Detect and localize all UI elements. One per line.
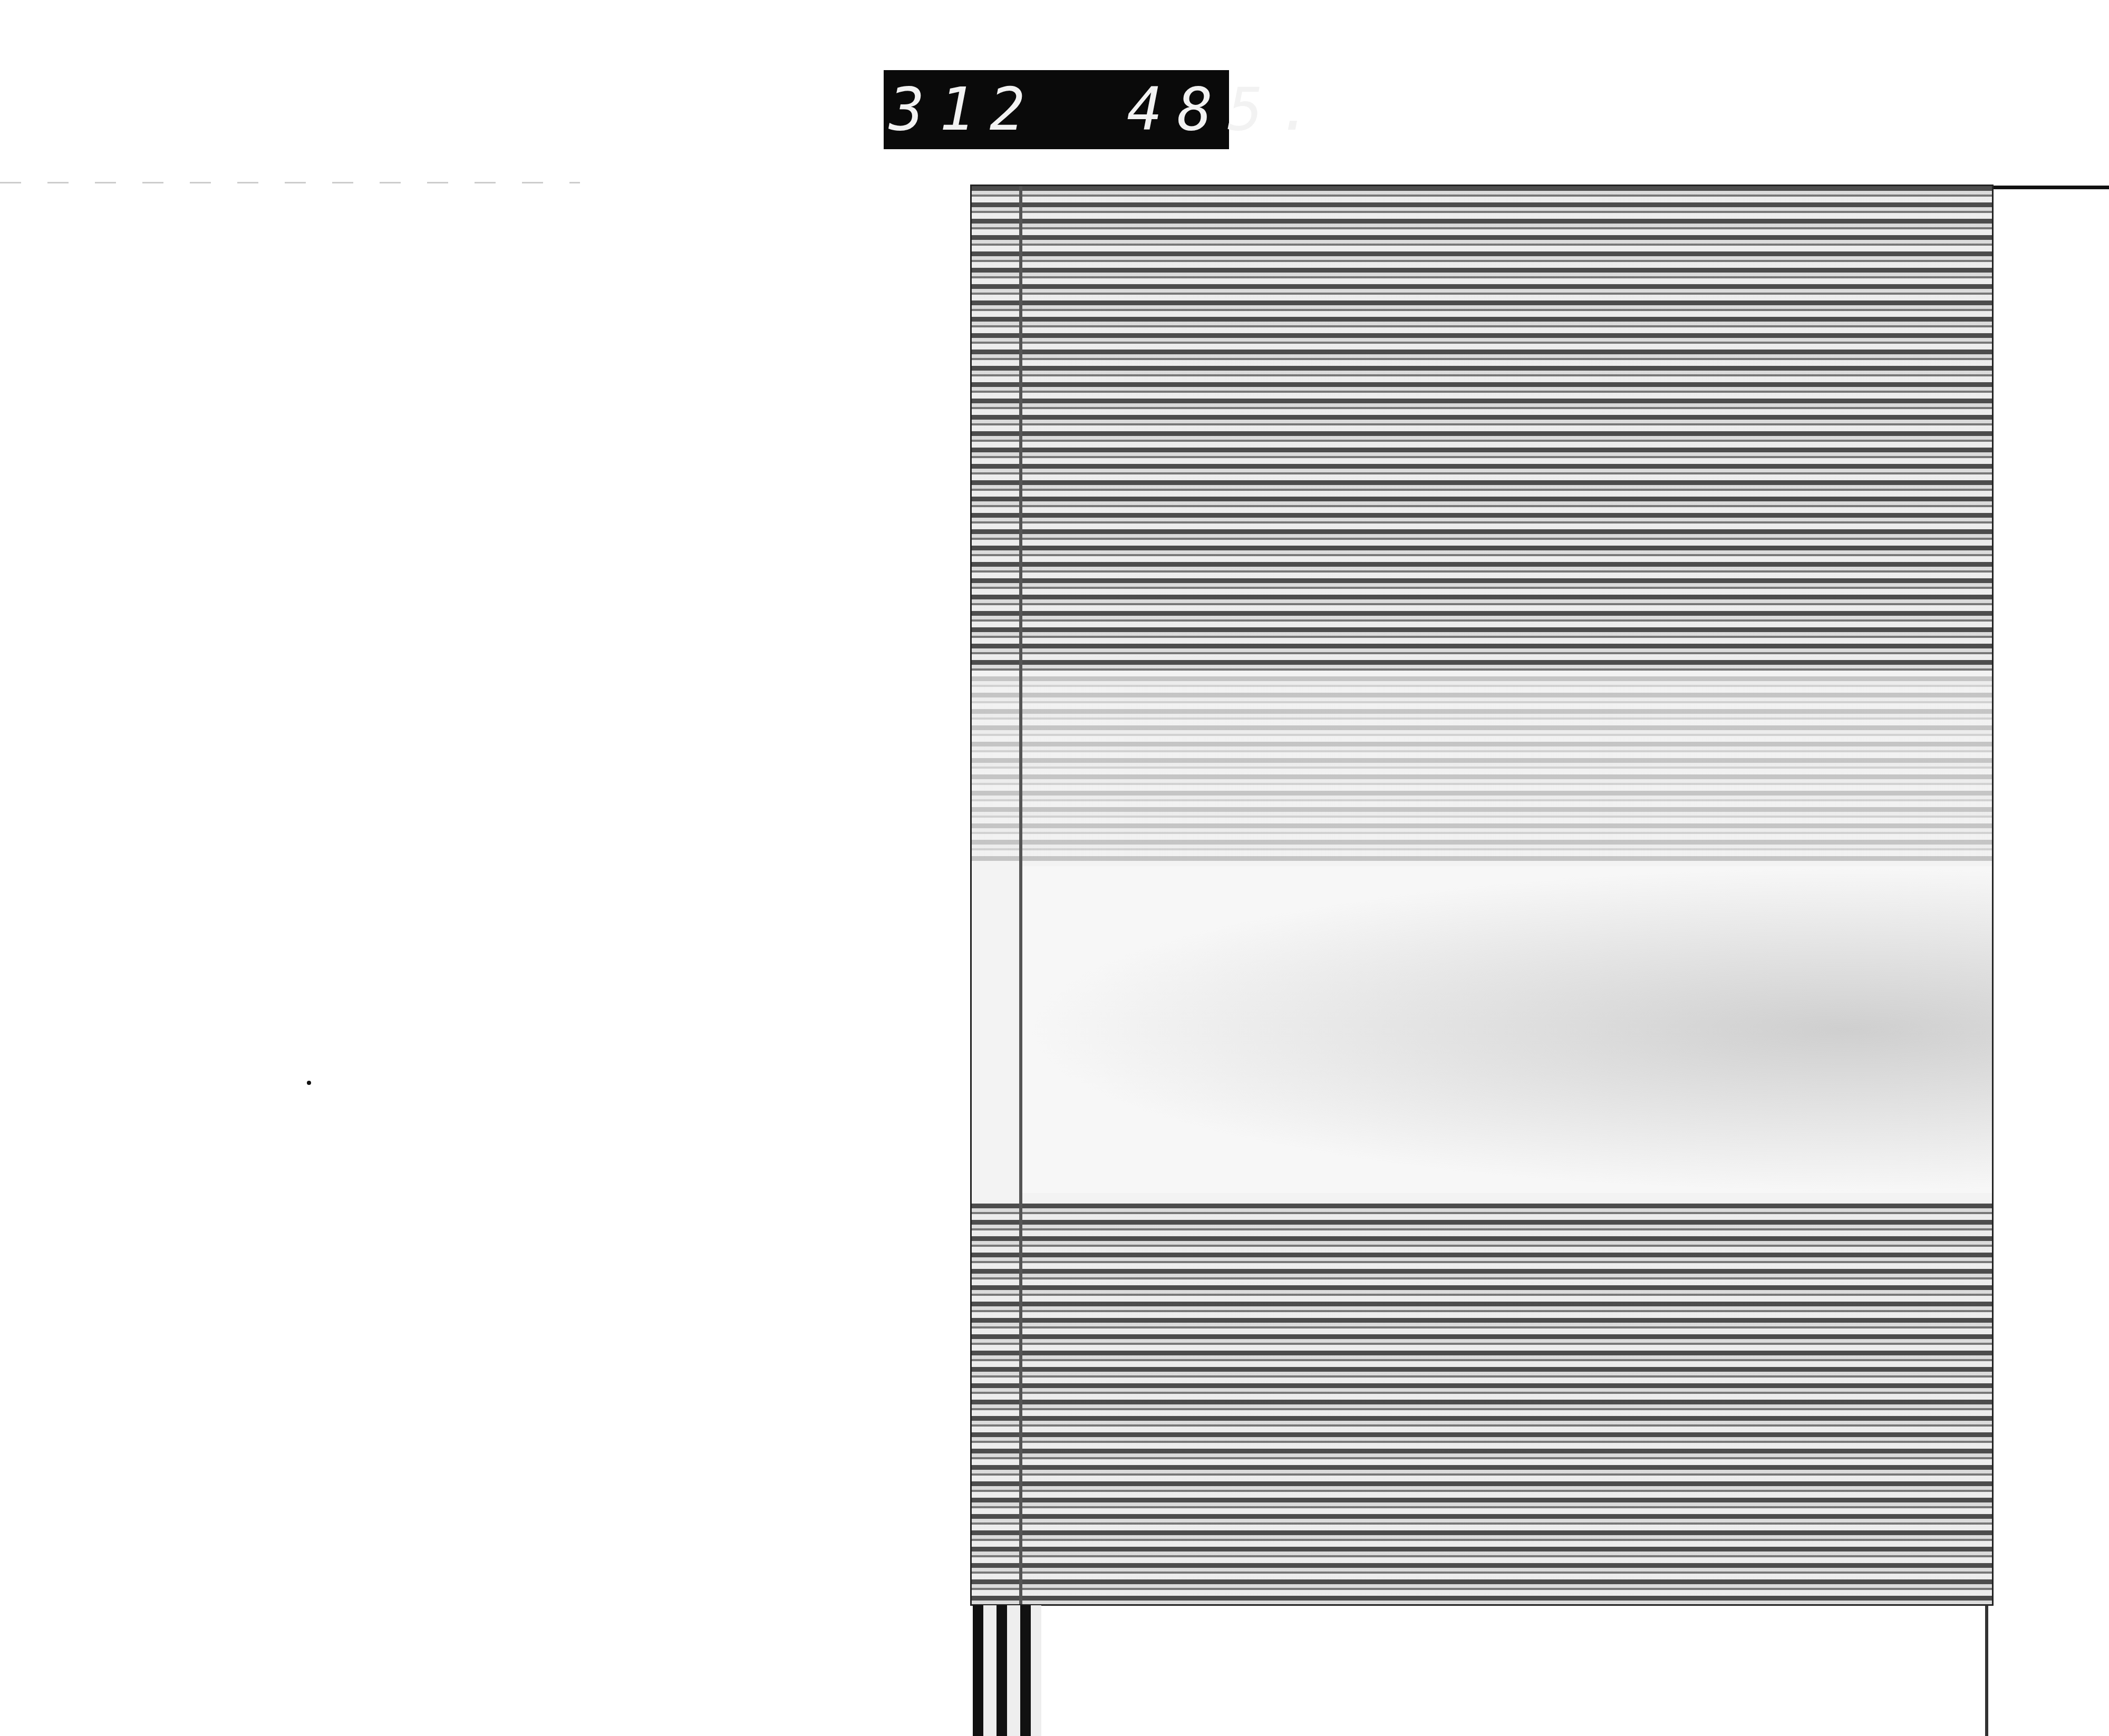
scan-speck: [307, 1081, 311, 1085]
reel-number: 312: [889, 75, 1040, 144]
scan-artifact-dashes: [0, 182, 580, 183]
ruled-lines-middle: [972, 676, 1992, 861]
binding-edge: [973, 1605, 1041, 1736]
edge-line: [1990, 186, 2109, 189]
ledger-page: [970, 185, 1994, 1606]
ruled-lines-top: [972, 186, 1992, 671]
frame-number: 485.: [1127, 75, 1328, 144]
ruled-lines-bottom: [972, 1204, 1992, 1604]
binding-spine: [1019, 186, 1022, 1604]
frame-number-label: 312 485.: [884, 70, 1229, 149]
blank-area: [1022, 866, 1992, 1193]
page-edge-right: [1985, 1605, 1988, 1736]
